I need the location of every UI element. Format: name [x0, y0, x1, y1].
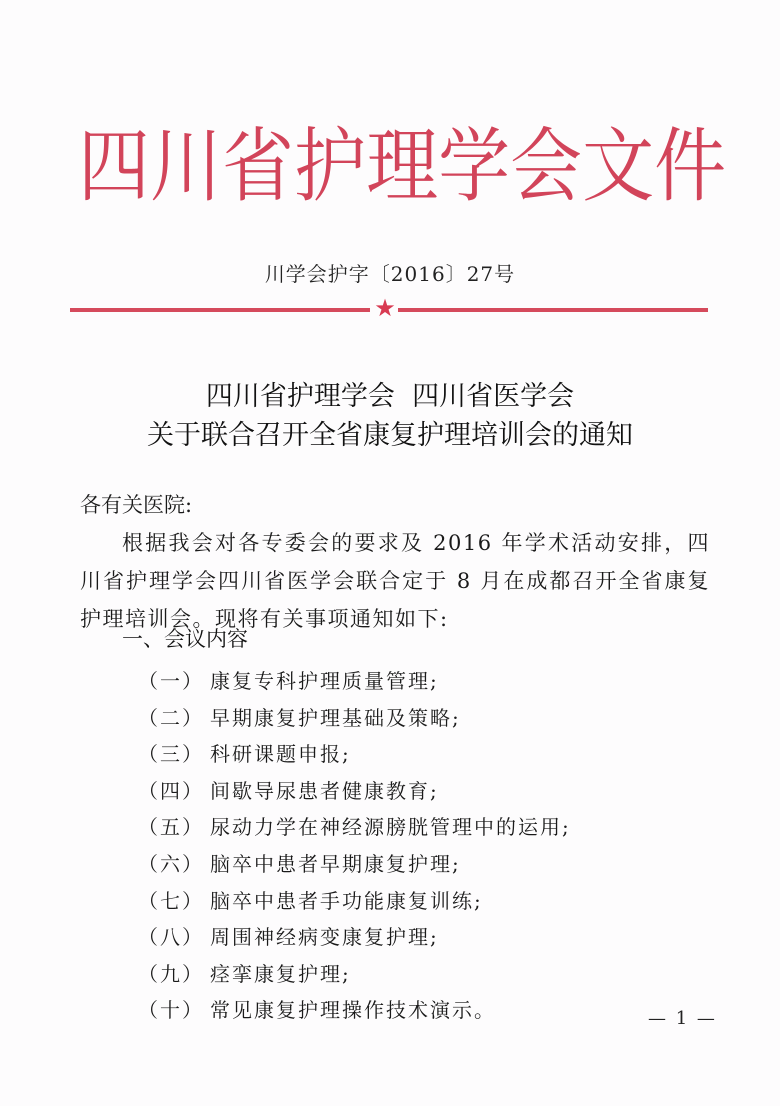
- page-number: — 1 —: [648, 1008, 717, 1029]
- masthead-char: 四: [78, 125, 150, 206]
- item-number: （五）: [138, 809, 204, 846]
- masthead-title: 四 川 省 护 理 学 会 文 件: [78, 118, 708, 213]
- document-page: 四 川 省 护 理 学 会 文 件 川学会护字〔2016〕27号 ★ 四川省护理…: [0, 0, 780, 1106]
- red-divider-right: [398, 308, 708, 312]
- list-item: （七）脑卒中患者手功能康复训练;: [138, 883, 571, 920]
- item-text: 尿动力学在神经源膀胱管理中的运用;: [210, 815, 571, 839]
- list-item: （二）早期康复护理基础及策略;: [138, 700, 571, 737]
- item-number: （一）: [138, 663, 204, 700]
- intro-paragraph: 根据我会对各专委会的要求及 2016 年学术活动安排，四川省护理学会四川省医学会…: [80, 524, 710, 638]
- notice-title-line1: 四川省护理学会 四川省医学会: [0, 374, 780, 413]
- item-text: 康复专科护理质量管理;: [210, 669, 439, 693]
- item-text: 科研课题申报;: [210, 742, 351, 766]
- item-number: （十）: [138, 992, 204, 1029]
- star-icon: ★: [374, 297, 396, 319]
- notice-title-line2: 关于联合召开全省康复护理培训会的通知: [0, 413, 780, 452]
- masthead-char: 文: [582, 125, 654, 206]
- masthead-char: 护: [294, 125, 366, 206]
- masthead-char: 理: [366, 125, 438, 206]
- masthead-char: 省: [222, 125, 294, 206]
- item-text: 痉挛康复护理;: [210, 962, 351, 986]
- masthead-char: 件: [654, 125, 726, 206]
- item-text: 间歇导尿患者健康教育;: [210, 779, 439, 803]
- item-number: （六）: [138, 846, 204, 883]
- masthead-char: 会: [510, 125, 582, 206]
- meeting-content-list: （一）康复专科护理质量管理; （二）早期康复护理基础及策略; （三）科研课题申报…: [138, 663, 571, 1029]
- list-item: （八）周围神经病变康复护理;: [138, 919, 571, 956]
- item-number: （三）: [138, 736, 204, 773]
- item-text: 周围神经病变康复护理;: [210, 925, 439, 949]
- item-text: 脑卒中患者手功能康复训练;: [210, 889, 483, 913]
- list-item: （九）痉挛康复护理;: [138, 956, 571, 993]
- item-number: （七）: [138, 883, 204, 920]
- salutation: 各有关医院:: [80, 486, 710, 524]
- masthead-char: 川: [150, 125, 222, 206]
- item-text: 常见康复护理操作技术演示。: [210, 998, 496, 1022]
- red-divider-left: [70, 308, 370, 312]
- list-item: （五）尿动力学在神经源膀胱管理中的运用;: [138, 809, 571, 846]
- list-item: （三）科研课题申报;: [138, 736, 571, 773]
- item-number: （四）: [138, 773, 204, 810]
- item-number: （八）: [138, 919, 204, 956]
- item-text: 脑卒中患者早期康复护理;: [210, 852, 461, 876]
- list-item: （一）康复专科护理质量管理;: [138, 663, 571, 700]
- item-text: 早期康复护理基础及策略;: [210, 706, 461, 730]
- section-heading: 一、会议内容: [122, 623, 248, 653]
- list-item: （六）脑卒中患者早期康复护理;: [138, 846, 571, 883]
- list-item: （四）间歇导尿患者健康教育;: [138, 773, 571, 810]
- item-number: （九）: [138, 956, 204, 993]
- list-item: （十）常见康复护理操作技术演示。: [138, 992, 571, 1029]
- document-number: 川学会护字〔2016〕27号: [0, 258, 780, 287]
- item-number: （二）: [138, 700, 204, 737]
- masthead-char: 学: [438, 125, 510, 206]
